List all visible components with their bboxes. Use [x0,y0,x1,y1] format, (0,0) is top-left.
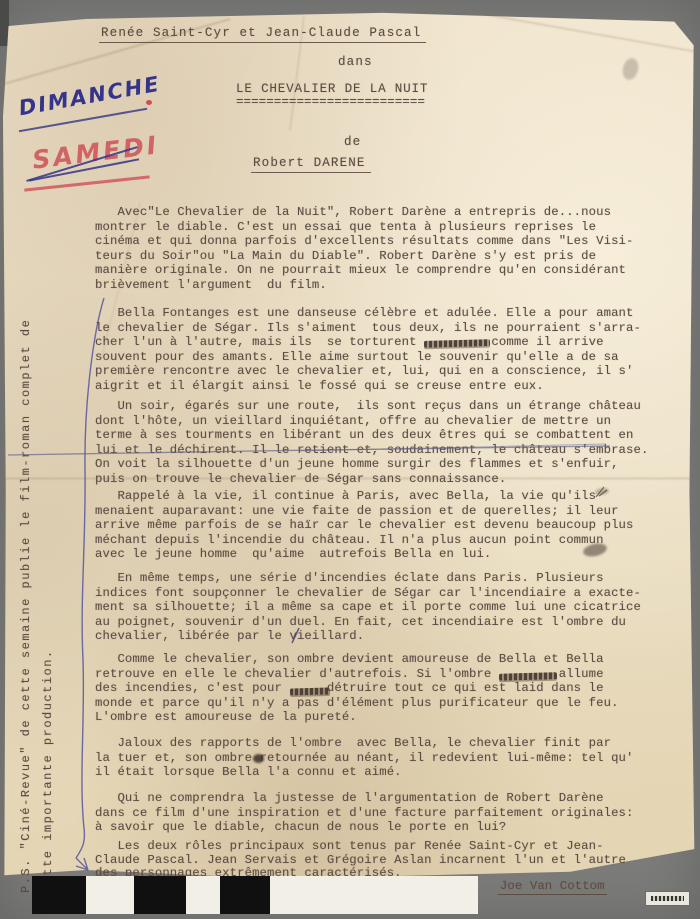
calibration-strip [32,876,478,914]
paragraph-7: Jaloux des rapports de l'ombre avec Bell… [95,736,634,780]
calibration-block-white [186,876,220,914]
paragraph-5: En même temps, une série d'incendies écl… [95,571,641,644]
scale-label-bars [651,896,684,901]
paragraph-8: Qui ne comprendra la justesse de l'argum… [95,791,634,835]
paragraph-3: Un soir, égarés sur une route, ils sont … [95,399,648,486]
scale-label-chip [645,891,690,906]
title-underline: ========================= [236,95,425,109]
calibration-block-black [134,876,186,914]
byline: Renée Saint-Cyr et Jean-Claude Pascal [99,26,426,40]
signature-text: Joe Van Cottom [498,879,607,895]
ink-strikethrough-word [290,687,330,695]
film-title: LE CHEVALIER DE LA NUIT [236,82,428,96]
ink-blob [253,754,264,763]
scanner-shadow-edge [0,0,9,46]
paragraph-1: Avec"Le Chevalier de la Nuit", Robert Da… [95,205,634,292]
calibration-block-black [220,876,270,914]
calibration-block-white [86,876,134,914]
scanned-document: Renée Saint-Cyr et Jean-Claude Pascal da… [0,0,700,919]
paragraph-6: Comme le chevalier, son ombre devient am… [95,652,619,725]
director-text: Robert DARENE [251,156,371,173]
margin-note-line-2: cette importante production. [41,649,56,893]
margin-note-line-1: P.S. "Ciné-Revue" de cette semaine publi… [19,319,34,893]
byline-text: Renée Saint-Cyr et Jean-Claude Pascal [99,26,426,43]
calibration-block-black [32,876,86,914]
paragraph-2: Bella Fontanges est une danseuse célèbre… [95,306,641,393]
header-dans: dans [338,55,373,69]
author-signature: Joe Van Cottom [468,866,607,907]
header-de: de [344,135,361,149]
director-name: Robert DARENE [251,156,371,170]
calibration-block-white [270,876,478,914]
paragraph-4: Rappelé à la vie, il continue à Paris, a… [95,489,634,562]
